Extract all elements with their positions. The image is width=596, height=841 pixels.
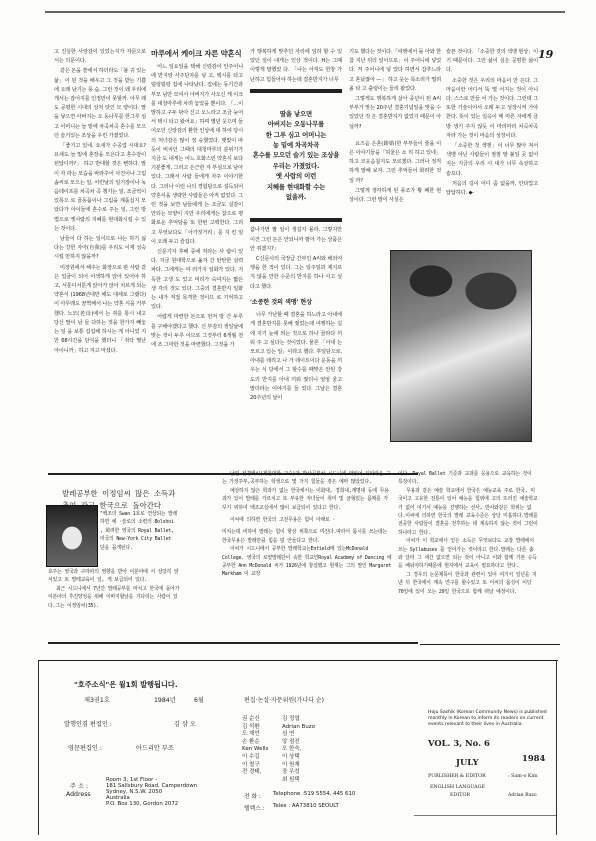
paragraph: 미장원에서 해주는 화장으로 판 사람 같은 얼굴이 되어 어색하게 앉아 있어… (54, 264, 146, 356)
ballet-bottom-rule-right (420, 644, 560, 645)
editorial-board: 편집·논설·자문위원(가나다 순) 권 순신김 정엽 김 석환Adrian Bu… (242, 716, 315, 784)
masthead-month: 6월 (194, 695, 204, 704)
english-editor-value: Adrian Buzo (508, 793, 537, 798)
eng-editor-label: 영문편집인 : (68, 743, 102, 752)
pullquote-rule-bottom (250, 218, 342, 222)
article-subheading: '소중한 것의 색맹' 현상 (250, 298, 342, 307)
portrait-photo (46, 505, 98, 567)
issue-month: JULY (456, 757, 479, 767)
ballet-column-2: 남편 전경백씨(계원대학 교수)가 박사공부차 시드니에 와있어 뒤따라온 그는… (222, 470, 392, 625)
ballet-column-1: "백조의 Swan 1호로 연상되는 발레 하면 예 ·술로의 소련의 Bols… (100, 510, 178, 570)
paragraph: C신문사의 국장급 간부인 A씨와 해외여행을 한 적이 있다. 그는 일주일과… (250, 255, 342, 292)
masthead-left-border (38, 660, 39, 835)
paragraph: 요즈음 은혼(銀婚)한 부부들이 줄을 이은 이야기들을「허울은 소 리 하고 … (349, 140, 441, 186)
page-number: 19 (538, 48, 553, 61)
ballet-column-3: 이다. Royal Ballet 기준과 교과를 응용으로 교육하는 것이 특징… (398, 470, 538, 625)
paragraph: 그렇게 생각하게 된 풍조가 황 폐한 현상이다. 그런 말이 사실은 (349, 187, 441, 205)
eng-editor-name: 아드리안 부조 (136, 743, 174, 752)
paragraph: 신문기자 후배 중에 처라는 사 람이 있다. 지금 원대학으로 옮겨 간 탄탄… (151, 248, 243, 312)
editor-row: 이 수길이 상택 (242, 754, 315, 762)
english-editor-label-2: EDITOR (450, 793, 470, 798)
article-headline: 마루에서 케이크 자른 약혼식 (151, 48, 243, 59)
ballet-bottom-rule (48, 642, 418, 644)
publisher-label: 발행인겸 편집인 : (64, 719, 112, 728)
editor-row: 권 순신김 정엽 (242, 716, 315, 724)
paragraph: 처음의 길이 어디 좀 없을까, 안타깝고 답답하다. ◆- (446, 180, 538, 198)
pullquote: 딸을 낳으면 아버지는 오동나무를 한 그루 심고 어머니는 농 밑에 차곡차곡… (250, 109, 342, 203)
paragraph: 슬픈 것이다. 「소중한 것의 색맹 현상」이기 때문이다. 그런 삶이 실은 … (446, 48, 538, 76)
editors-heading: 편집·논설·자문위원(가나다 순) (244, 697, 324, 705)
article-column-3: 가 행복하게 맞추던 자리에 임허 할 수 있었던 일이 내게는 인상 적이다.… (250, 48, 342, 428)
article-column-2: 마루에서 케이크 자른 약혼식 어느 일요일을 택해 신랑감이 안주어니에 반지… (151, 48, 243, 428)
masthead-bottom-rule (414, 815, 557, 816)
paragraph: 기도 했다는 것이다.「여행에서 돌 아와 한참 지난 뒤의 일이므로」이 주어… (349, 48, 441, 94)
paragraph: 어렵게 마련한 돈으로 먼저 방 간 두루를 구해야겠다고 했다. 신 부감의 … (151, 313, 243, 350)
address-label-en: Address (66, 791, 91, 798)
phone-value: Telephone :519 5554, 445 610 (273, 791, 355, 797)
phone-label: 전 화 : (244, 791, 261, 800)
paragraph: 같은 돈을 쓸에서 하더라도「불 귀 있는 삶」이 된 것을 배우고 그 것을 … (54, 67, 146, 141)
telex-value: Telex : AA73810 SEOULT (273, 803, 339, 809)
english-info-box: Hoju Sashik (Korean Community News) is p… (428, 710, 568, 814)
pullquote-rule-top (250, 89, 342, 93)
paragraph: 그렇게도 행복하게 살아 중년이 된 A씨 부부가 맞는 20주년 결혼기념일을… (349, 95, 441, 132)
address-label-ko: 주 소 : (70, 781, 88, 790)
article-column-5: 슬픈 것이다. 「소중한 것의 색맹 현상」이기 때문이다. 그런 삶이 실은 … (446, 48, 538, 248)
masthead-ko: "호주소식"은 월1회 발행됩니다. 제3권1호 1984년 6월 발행인겸 편… (44, 697, 378, 837)
editor-row: 도 재언심 연 (242, 731, 315, 739)
ballet-column-1-continued: 호주는 영국과 구라파의 영향을 받아 이분야에 서 상당히 앞서있고 또 발레… (48, 568, 180, 623)
paragraph: 「소중한 것 색맹」이 너무 많아 져서 색맹 아닌 사람들이 점점 발 붙일 … (446, 142, 538, 179)
masthead-title: "호주소식"은 월1회 발행됩니다. (74, 680, 178, 690)
top-rule (45, 11, 565, 13)
article-column-4: 기도 했다는 것이다.「여행에서 돌 아와 한참 지난 뒤의 일이므로」이 주어… (349, 48, 441, 248)
newspaper-page: 19 고 진실한 사랑감이 있었는지가 자문으로서는 의문이다. 같은 돈을 쓸… (0, 0, 596, 841)
publisher-editor-label: PUBLISHER & EDITOR (428, 774, 486, 779)
publisher-name: 김 삼 오 (174, 719, 196, 728)
masthead-top-border (38, 660, 558, 661)
english-editor-label-1: ENGLISH LANGUAGE (430, 785, 485, 790)
wedding-photo (390, 250, 532, 442)
paragraph: 고 진실한 사랑감이 있었는지가 자문으로서는 의문이다. (54, 48, 146, 66)
paragraph: 값나가면 팔 일이 생길지 몰라. 그렇지만 이건 그런 돈은 안되니까 팔아 … (250, 226, 342, 254)
paragraph: 「좋기고 있네. 요새가 수공업 시대요? 요새도 늘 밑에 혼장을 모은다고 … (54, 142, 146, 234)
editor-row: 손 환순앙 점진 (242, 739, 315, 747)
paragraph: 남들이 다 하는 일이므로 나는 하기 싫다는 강한 자아(自我)를 우리도 이… (54, 235, 146, 263)
paragraph: 어느 일요일을 택해 신랑감이 안주어니에 반지랑 사주단자를 넣 고, 택시를… (151, 63, 243, 247)
masthead-year: 1984년 (154, 695, 176, 704)
paragraph: 가 행복하게 맞추던 자리에 임허 할 수 있었던 일이 내게는 인상 적이다.… (250, 48, 342, 85)
editor-row: 전 경태,장 우성 (242, 769, 315, 777)
publication-description: Hoju Sashik (Korean Community News) is p… (428, 710, 548, 728)
issue-year: 1984 (522, 753, 545, 763)
article-column-1: 고 진실한 사랑감이 있었는지가 자문으로서는 의문이다. 같은 돈을 쓸에서 … (54, 48, 146, 428)
paragraph: 너무 가난할 때 결혼을 하느라고 아내에게 결혼반지를 못해 줬었는데 여행하… (250, 311, 342, 403)
address-line: P.O. Box 130, Gordon 2072 (106, 801, 178, 807)
editor-row: 최 원택 (242, 777, 315, 785)
paragraph: 소중한 것은 우리의 마음이 만 든다. 그 마음이란 어디서 뚝 떨 어지는 … (446, 77, 538, 141)
telex-label: 텔렉스 : (244, 803, 265, 812)
publisher-editor-value: : Sam-o Kim (508, 774, 538, 779)
masthead-issue: 제3권1호 (84, 695, 110, 704)
volume-number: VOL. 3, No. 6 (428, 738, 490, 748)
editor-row: Ken Wells오 한숙, (242, 746, 315, 754)
